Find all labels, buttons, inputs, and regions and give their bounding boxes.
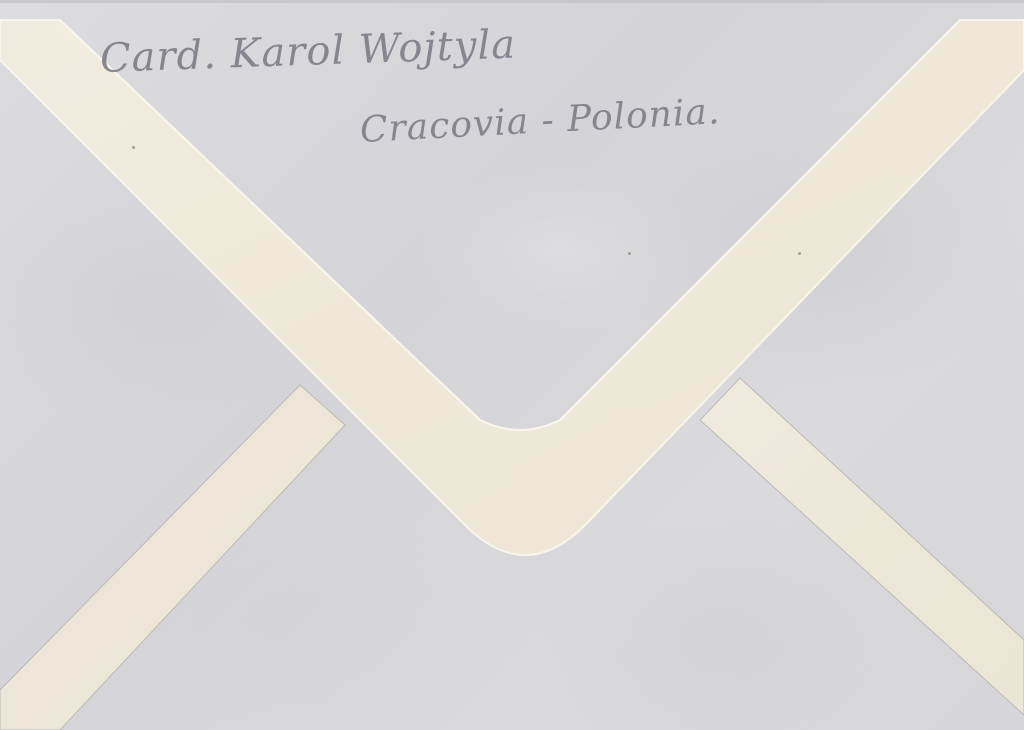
paper-speck — [628, 252, 631, 255]
top-flap-band — [0, 20, 1024, 555]
lower-right-flap-band — [700, 378, 1024, 715]
paper-speck — [798, 252, 801, 255]
lower-left-flap-band — [0, 385, 345, 730]
envelope-back: Card. Karol Wojtyla Cracovia - Polonia. — [0, 0, 1024, 730]
paper-speck — [132, 146, 135, 149]
